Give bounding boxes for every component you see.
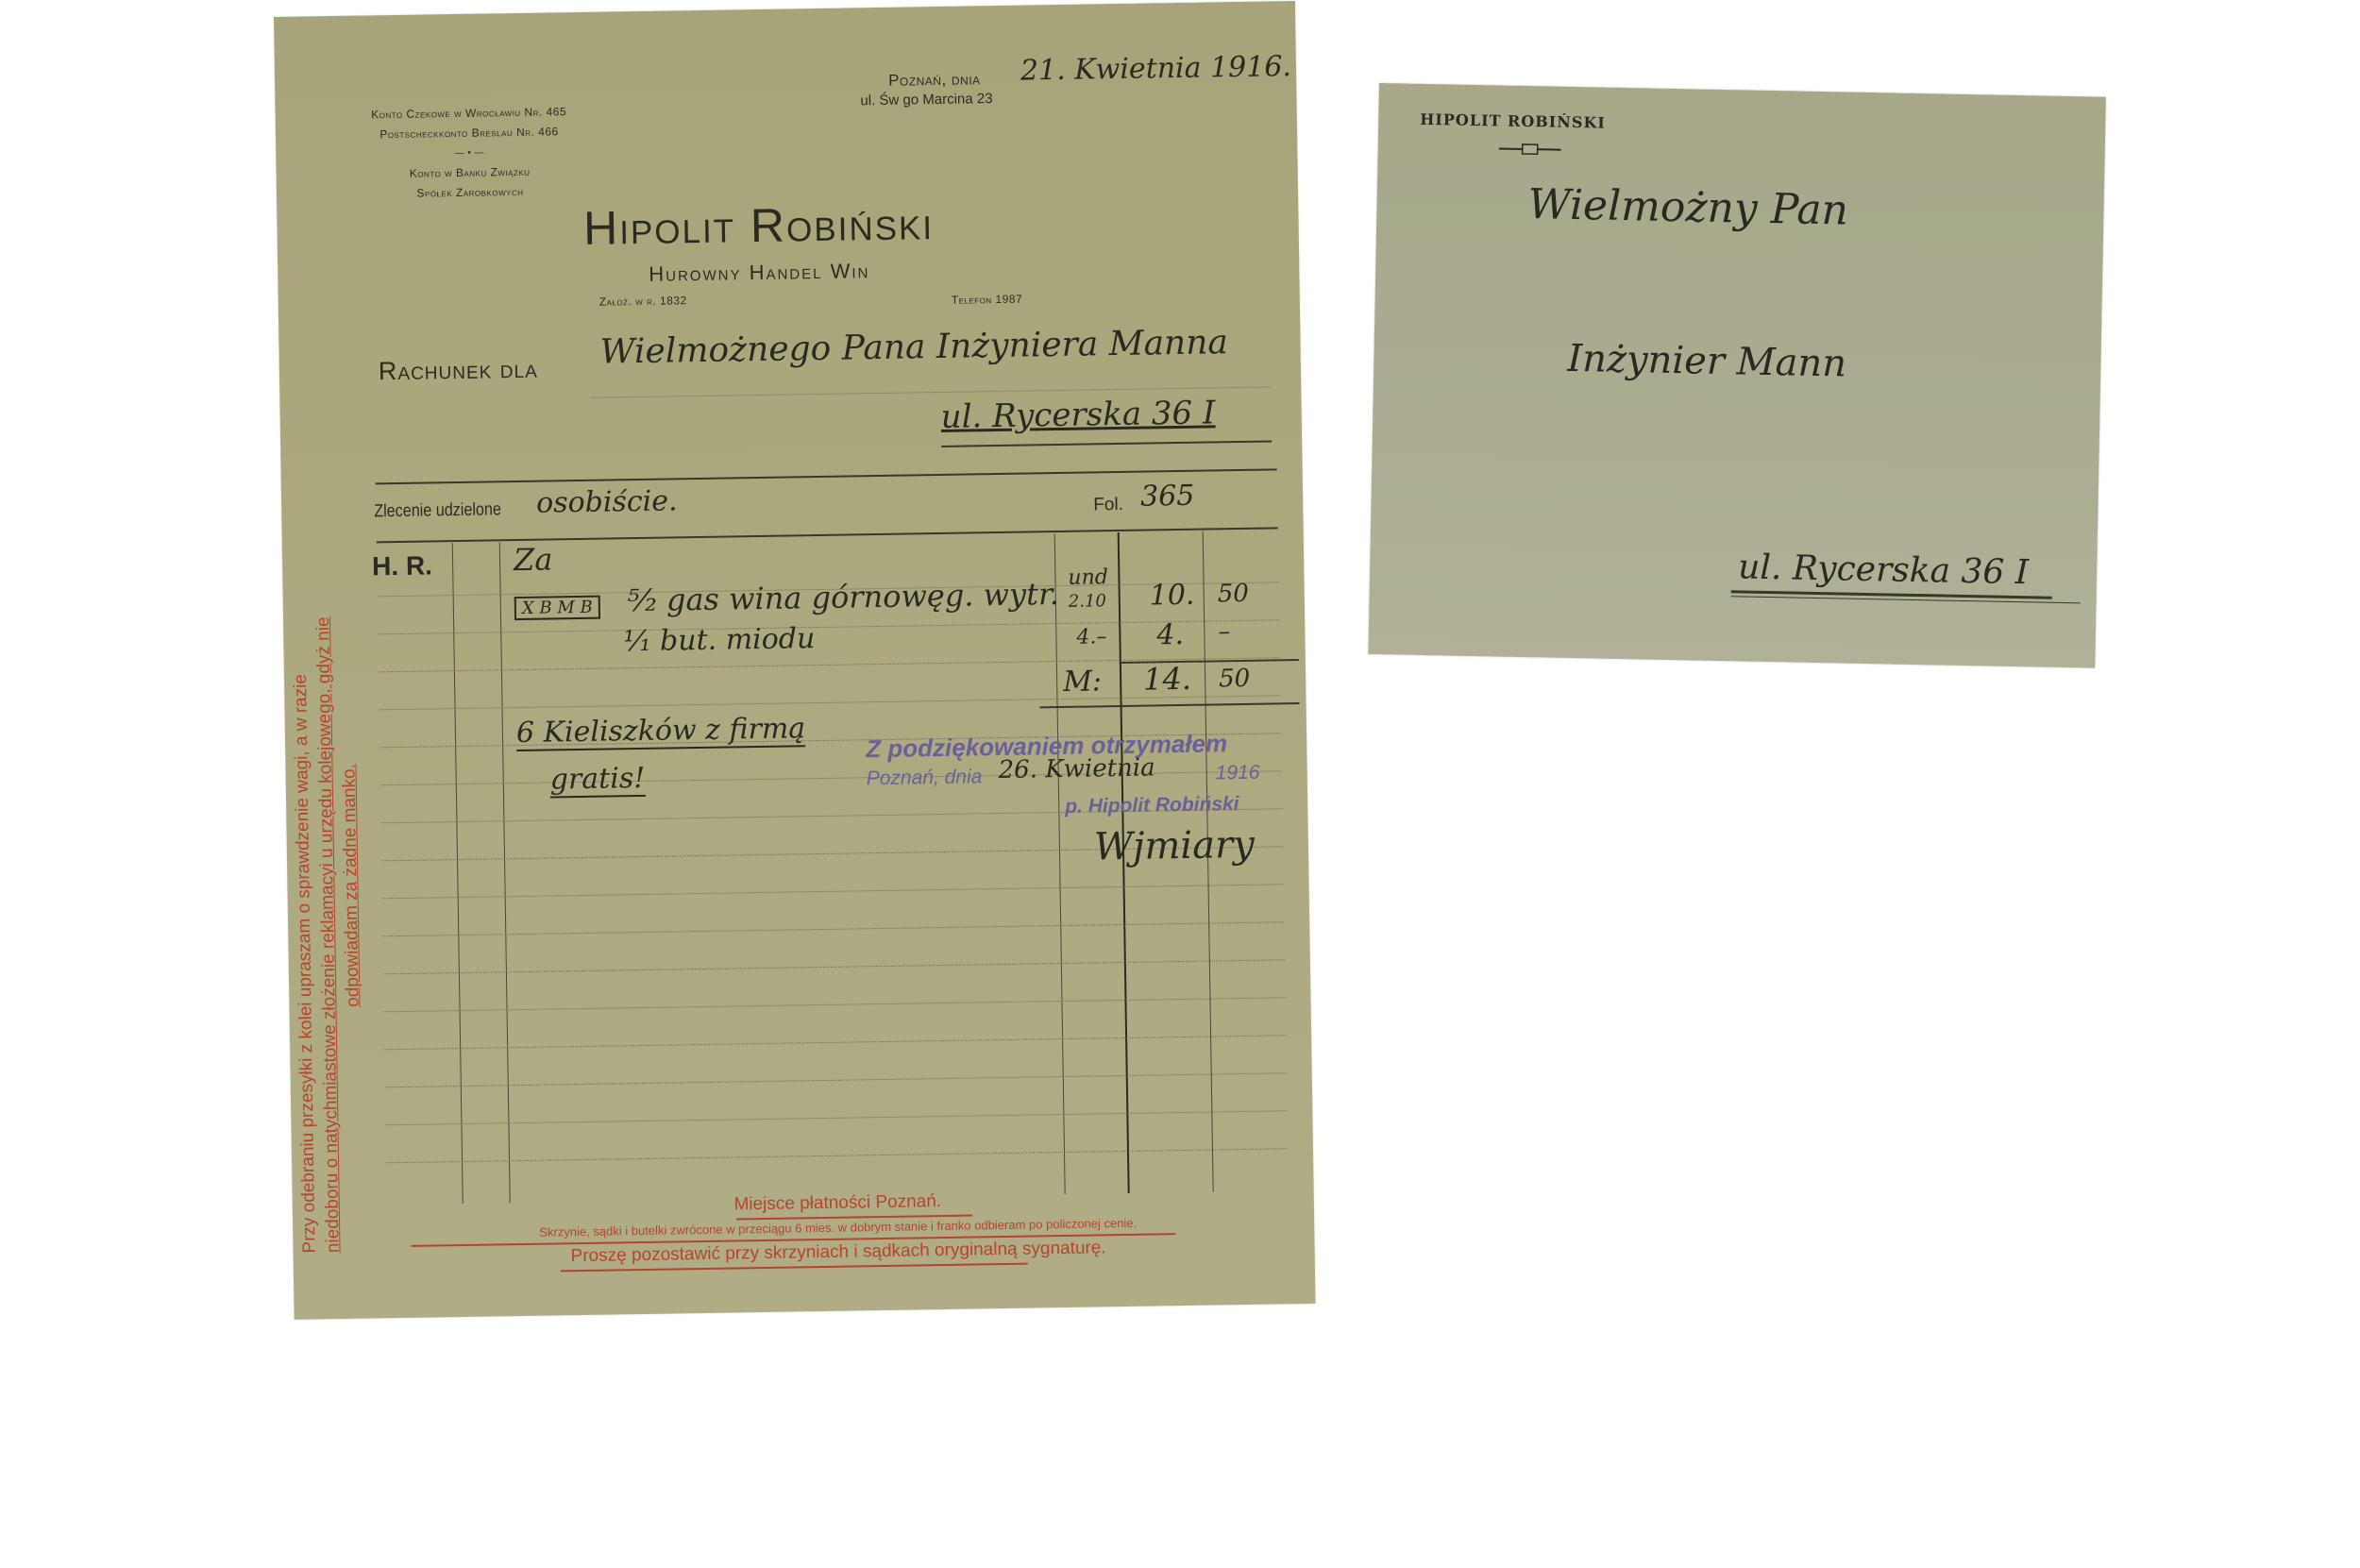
total-amount-main: 14. [1143,661,1191,698]
telephone: Telefon 1987 [952,293,1023,307]
envelope-ornament-icon [1499,142,1561,154]
item-amount-sub: – [1218,617,1230,646]
folio-label: Fol. [1093,495,1123,515]
total-amount-sub: 50 [1219,665,1251,694]
stamp-year: 1916 [1216,762,1260,785]
stamp-date-handwritten: 26. Kwietnia [998,753,1155,784]
stamp-place-label: Poznań, dnia [867,766,983,790]
date-handwritten: 21. Kwietnia 1916. [1020,50,1291,88]
founded-year: Założ. w r. 1832 [599,294,687,308]
item-amount-main: 4. [1156,618,1184,651]
order-divider [377,527,1278,543]
za-label: Za [514,541,553,578]
company-name: Hipolit Robiński [380,193,1137,260]
envelope-salutation: Wielmożny Pan [1527,180,1848,235]
side-note: Przy odebraniu przesyłki z kolei uprasza… [287,573,368,1254]
envelope: HIPOLIT ROBIŃSKI Wielmożny Pan Inżynier … [1368,83,2105,668]
item-description: ¹⁄₁ but. miodu [623,622,815,658]
item-unit-price: 4.– [1076,625,1106,649]
item-amount-sub: 50 [1217,580,1249,609]
envelope-sender: HIPOLIT ROBIŃSKI [1420,110,1606,132]
total-line [1040,702,1300,708]
column-line-3 [1054,533,1066,1194]
item-amount-main: 10. [1149,579,1194,613]
envelope-address: ul. Rycerska 36 I [1738,548,2029,592]
ruled-rows [274,1,1295,17]
folio-value: 365 [1140,480,1195,514]
shop-address: ul. Św go Marcina 23 [860,91,992,109]
recipient-address-line [941,440,1272,447]
hr-label: H. R. [372,550,432,582]
recipient-address-handwritten: ul. Rycerska 36 I [940,394,1215,436]
order-label: Zlecenie udzielone [374,499,501,522]
footer-signature-request: Proszę pozostawić przy skrzyniach i sądk… [388,1235,1290,1270]
invoice-label: Rachunek dla [379,355,538,387]
note-line2: gratis! [549,762,645,799]
company-tagline: Hurowny Handel Win [381,255,1137,292]
item-unit-note: und [1068,565,1108,590]
line-item-1: X B M B ⁵⁄₂ gas wina górnowęg. wytr. und… [274,1,1295,17]
item-mark: X B M B [514,596,600,620]
receipt-stamp: Z podziękowaniem otrzymałem Poznań, dnia… [274,1,1295,17]
signature: Wjmiary [1094,823,1256,869]
item-unit-price: 2.10 [1069,591,1106,612]
total-label: M: [1063,665,1102,699]
item-description: ⁵⁄₂ gas wina górnowęg. wytr. [627,576,1059,618]
place-label: Poznań, dnia [888,70,981,91]
order-value: osobiście. [536,484,678,519]
recipient-handwritten: Wielmożnego Pana Inżyniera Manna [599,323,1228,371]
invoice-sheet: Konto Czekowe w Wrocławiu Nr. 465 Postsc… [274,1,1316,1320]
line-item-2: ¹⁄₁ but. miodu 4.– 4. – [274,1,1295,17]
column-line-1 [452,543,464,1204]
column-line-2 [499,542,511,1203]
stamp-company: p. Hipolit Robiński [1065,793,1239,818]
note-line1: 6 Kieliszków z firmą [516,712,806,751]
envelope-recipient-name: Inżynier Mann [1567,337,1846,386]
